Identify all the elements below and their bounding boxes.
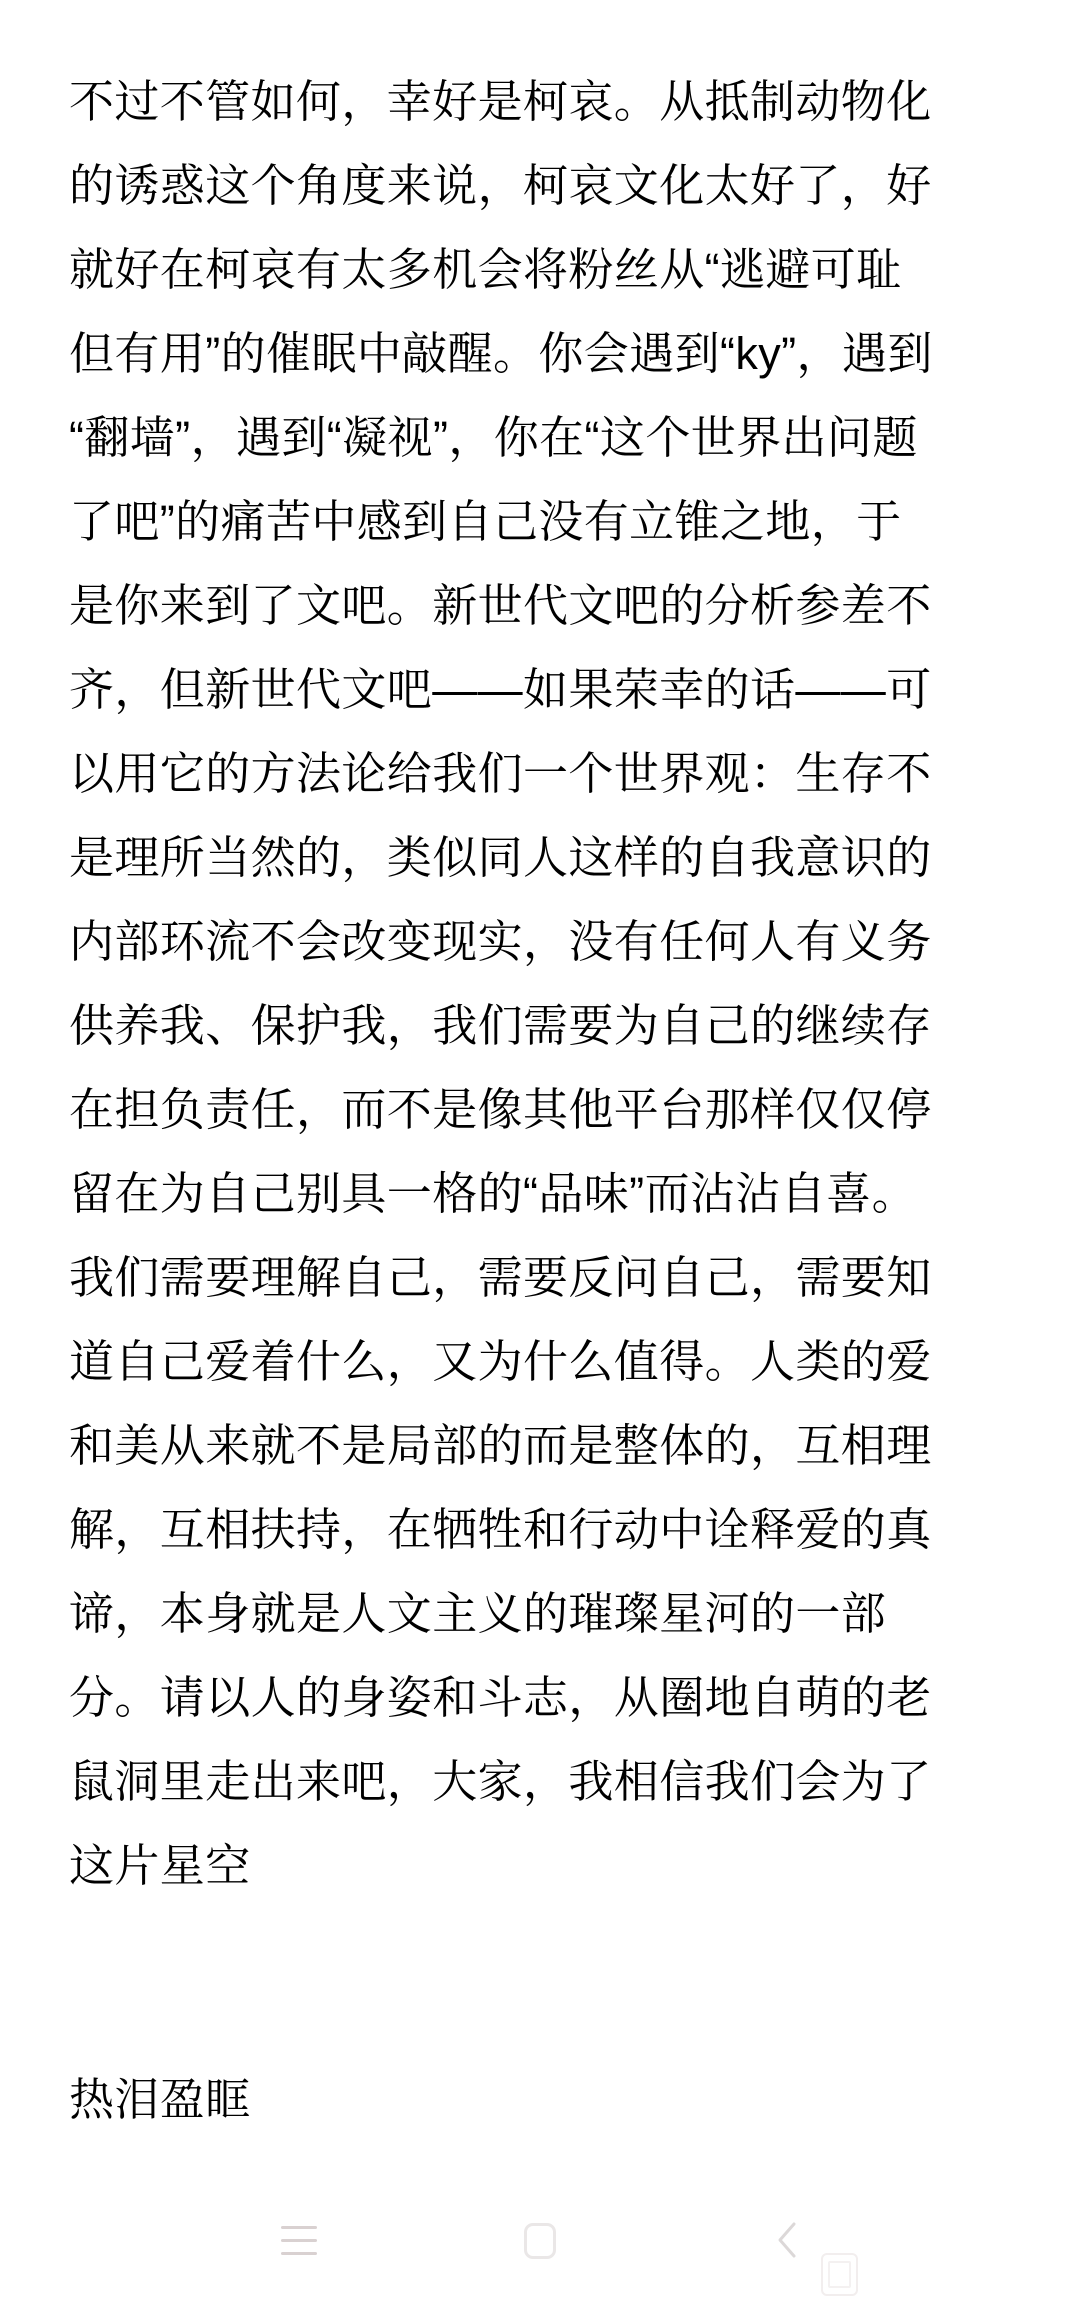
- closing-line: 热泪盈眶: [69, 2058, 251, 2142]
- screenshot-page: 不过不管如何，幸好是柯哀。从抵制动物化 的诱惑这个角度来说，柯哀文化太好了，好 …: [0, 0, 1080, 2304]
- floating-window-inner-screen: [828, 2261, 851, 2288]
- menu-bar: [281, 2239, 317, 2242]
- menu-bar: [281, 2226, 317, 2229]
- menu-icon[interactable]: [281, 2226, 317, 2255]
- menu-bar: [281, 2252, 317, 2255]
- home-icon[interactable]: [524, 2223, 556, 2259]
- back-icon[interactable]: [774, 2221, 798, 2259]
- article-paragraph: 不过不管如何，幸好是柯哀。从抵制动物化 的诱惑这个角度来说，柯哀文化太好了，好 …: [69, 60, 1029, 1908]
- floating-window-icon[interactable]: [821, 2253, 858, 2296]
